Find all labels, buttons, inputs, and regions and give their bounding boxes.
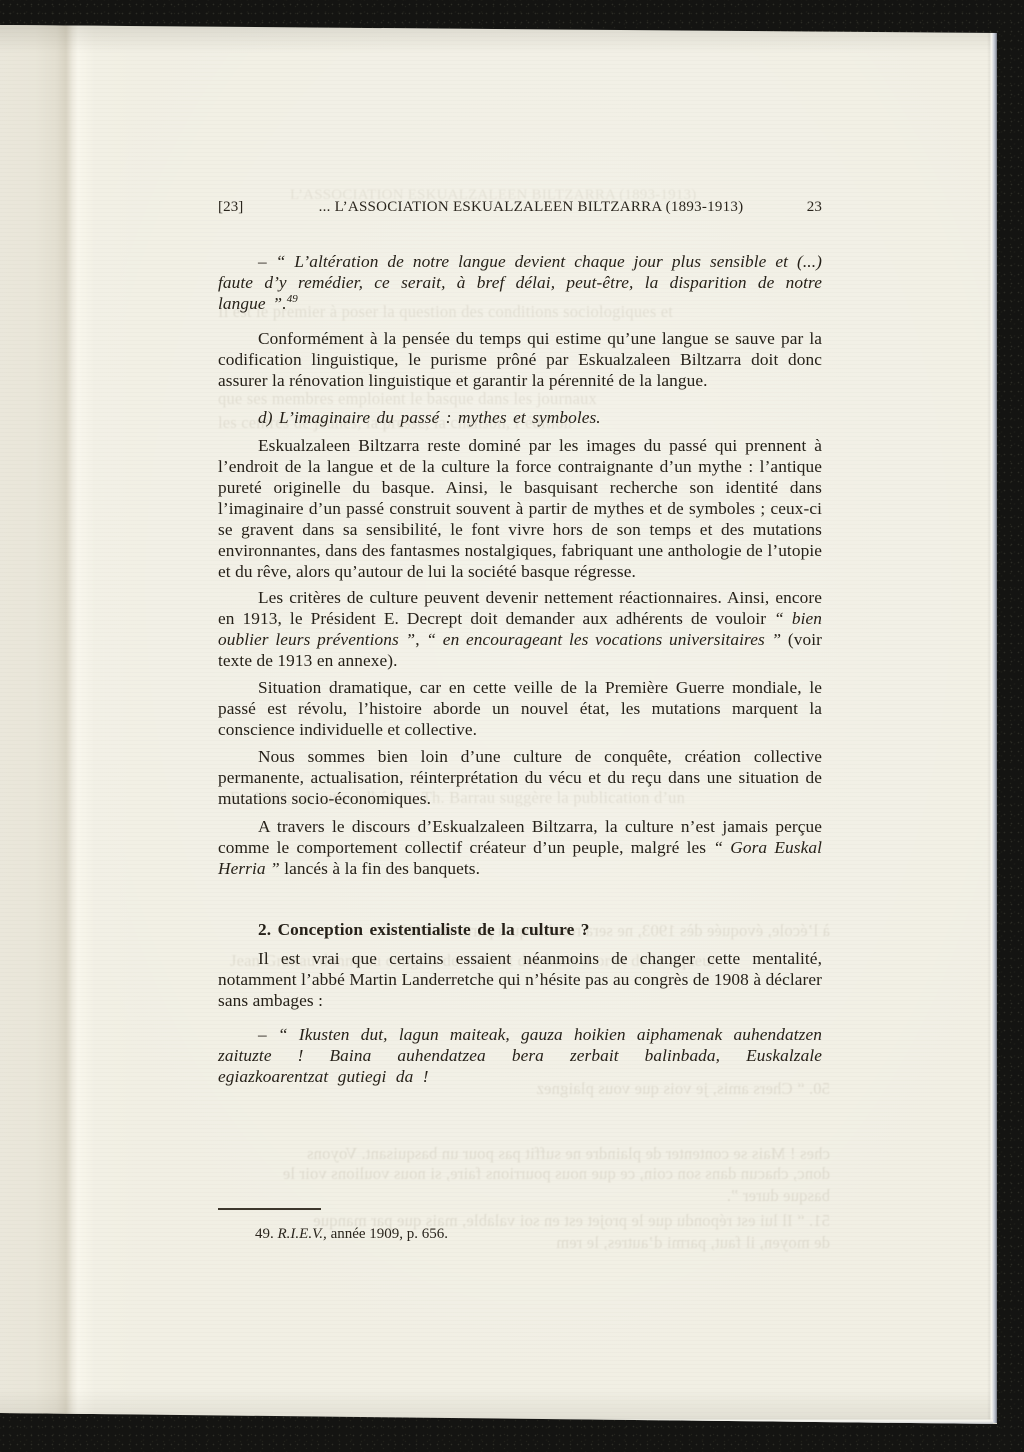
quote-text: “ Ikusten dut, lagun maiteak, gauza hoik… (218, 1025, 822, 1086)
margin-reference: [23] (218, 197, 290, 218)
body-paragraph-conformement: Conformément à la pensée du temps qui es… (218, 328, 822, 391)
body-paragraph-il-est-vrai: Il est vrai que certains essaient néanmo… (218, 948, 822, 1011)
paragraph-text: Les critères de culture peuvent devenir … (218, 588, 822, 628)
section-heading-2: 2. Conception existentialiste de la cult… (218, 919, 822, 940)
footnote-text: année 1909, p. 656. (327, 1226, 448, 1242)
quote-paragraph-ikusten: – “ Ikusten dut, lagun maiteak, gauza ho… (218, 1024, 822, 1087)
running-title: ... L’ASSOCIATION ESKUALZALEEN BILTZARRA… (290, 197, 772, 218)
bleedthrough-line: ches ! Mais se contenter de plaindre ne … (200, 1143, 830, 1164)
quote-text: “ L’altération de notre langue devient c… (218, 252, 822, 313)
quote-dash: – (258, 1025, 278, 1044)
quote-dash: – (258, 252, 276, 271)
quoted-phrase: “ en encourageant les vocations universi… (426, 630, 781, 649)
body-paragraph-eskualzaleen: Eskualzaleen Biltzarra reste dominé par … (218, 435, 822, 582)
paragraph-text: , (415, 630, 426, 649)
paragraph-text: lancés à la fin des banquets. (280, 859, 480, 878)
bleedthrough-line: donc, chacun dans son coin, ce que nous … (200, 1163, 830, 1184)
footnote-source: R.I.E.V., (278, 1226, 327, 1242)
footnote-number: 49. (255, 1226, 278, 1242)
body-paragraph-criteres: Les critères de culture peuvent devenir … (218, 587, 822, 671)
page-edge-bottom (120, 1418, 993, 1425)
book-page: L’ASSOCIATION ESKUALZALEEN BILTZARRA (18… (0, 25, 997, 1425)
footnote-49: 49. R.I.E.V., année 1909, p. 656. (218, 1226, 822, 1243)
book-scan-photo: L’ASSOCIATION ESKUALZALEEN BILTZARRA (18… (0, 0, 1024, 1452)
page-edge-right (987, 31, 997, 1423)
text-block: [23] ... L’ASSOCIATION ESKUALZALEEN BILT… (218, 197, 822, 1087)
page-header: [23] ... L’ASSOCIATION ESKUALZALEEN BILT… (218, 197, 822, 218)
footnote-reference-49: 49 (287, 293, 298, 305)
body-paragraph-nous-sommes: Nous sommes bien loin d’une culture de c… (218, 746, 822, 809)
quote-paragraph-alteration: – “ L’altération de notre langue devient… (218, 251, 822, 314)
page-number: 23 (772, 197, 822, 218)
footnote-rule (218, 1208, 321, 1210)
bleedthrough-line: basque durer ”. (200, 1185, 830, 1206)
subsection-heading-d: d) L’imaginaire du passé : mythes et sym… (218, 407, 822, 428)
body-paragraph-situation: Situation dramatique, car en cette veill… (218, 677, 822, 740)
body-paragraph-a-travers: A travers le discours d’Eskualzaleen Bil… (218, 816, 822, 879)
